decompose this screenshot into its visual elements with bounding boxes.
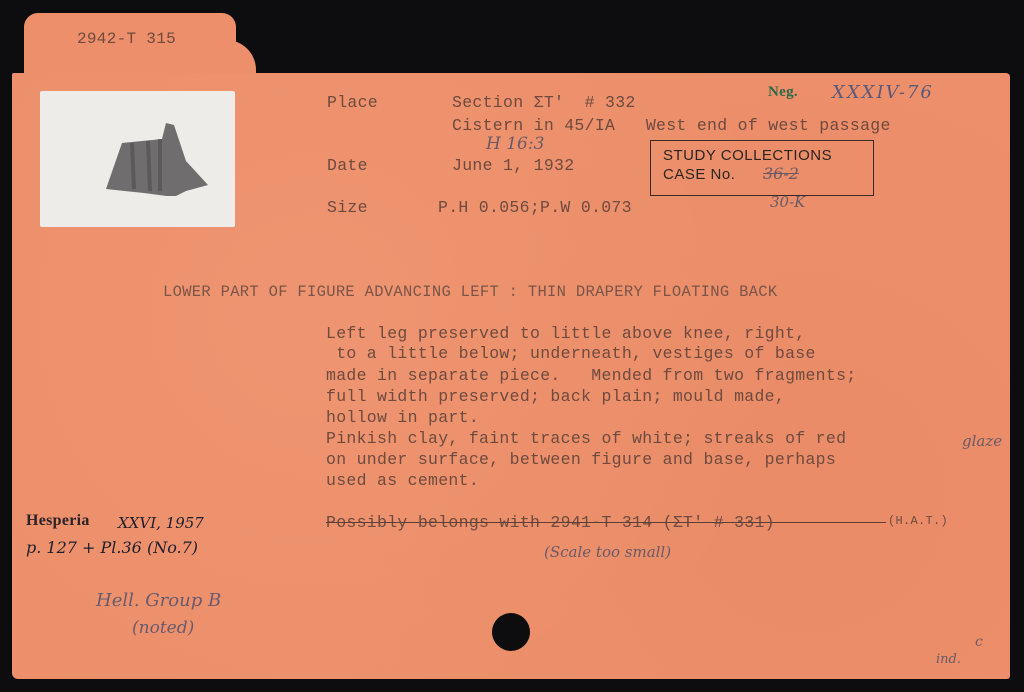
stamp-title: STUDY COLLECTIONS <box>663 147 832 164</box>
artifact-photo <box>40 91 235 227</box>
desc-line-3: made in separate piece. Mended from two … <box>326 366 856 385</box>
corner-mark: c <box>975 634 983 650</box>
punch-hole <box>492 613 530 651</box>
date-label: Date <box>327 156 368 175</box>
desc-line-5: hollow in part. <box>326 408 479 427</box>
reference-volume: XXVI, 1957 <box>118 514 204 532</box>
desc-line-1: Left leg preserved to little above knee,… <box>326 323 805 344</box>
place-label: Place <box>327 93 378 112</box>
place-section: Section ΣT' # 332 <box>452 93 636 112</box>
size-value: P.H 0.056;P.W 0.073 <box>438 198 632 217</box>
stamp-case-struck: 36-2 <box>763 164 799 183</box>
case-number-new: 30-K <box>770 193 805 211</box>
desc-line-7: on under surface, between figure and bas… <box>326 450 836 469</box>
reference-pages: p. 127 + Pl.36 (No.7) <box>26 538 198 557</box>
group-note-noted: (noted) <box>132 618 194 638</box>
desc-line-4: full width preserved; back plain; mould … <box>326 387 785 406</box>
group-note: Hell. Group B <box>96 590 221 611</box>
neg-label: Neg. <box>768 84 798 101</box>
desc-line-6: Pinkish clay, faint traces of white; str… <box>326 429 846 448</box>
corner-note: ind. <box>936 652 961 667</box>
date-value: June 1, 1932 <box>452 156 574 175</box>
terracotta-fragment-image <box>104 121 214 196</box>
neg-value: XXXIV-76 <box>832 82 934 103</box>
glaze-margin-note: glaze <box>962 432 1002 450</box>
object-title: LOWER PART OF FIGURE ADVANCING LEFT : TH… <box>163 283 778 301</box>
place-grid-handwritten: H 16:3 <box>486 134 544 154</box>
desc-line-2: to a little below; underneath, vestiges … <box>326 344 816 363</box>
strikethrough-line <box>326 522 886 523</box>
stamp-case-label: CASE No. <box>663 166 735 183</box>
scale-note: (Scale too small) <box>544 543 671 561</box>
place-cistern: Cistern in 45/IA West end of west passag… <box>452 116 891 135</box>
size-label: Size <box>327 198 368 217</box>
reference-journal: Hesperia <box>26 512 90 530</box>
desc-line-8: used as cement. <box>326 471 479 490</box>
possibly-initials: (H.A.T.) <box>888 514 948 528</box>
inventory-number: 2942-T 315 <box>77 30 176 48</box>
study-collections-stamp: STUDY COLLECTIONS CASE No. 36-2 <box>650 140 874 196</box>
